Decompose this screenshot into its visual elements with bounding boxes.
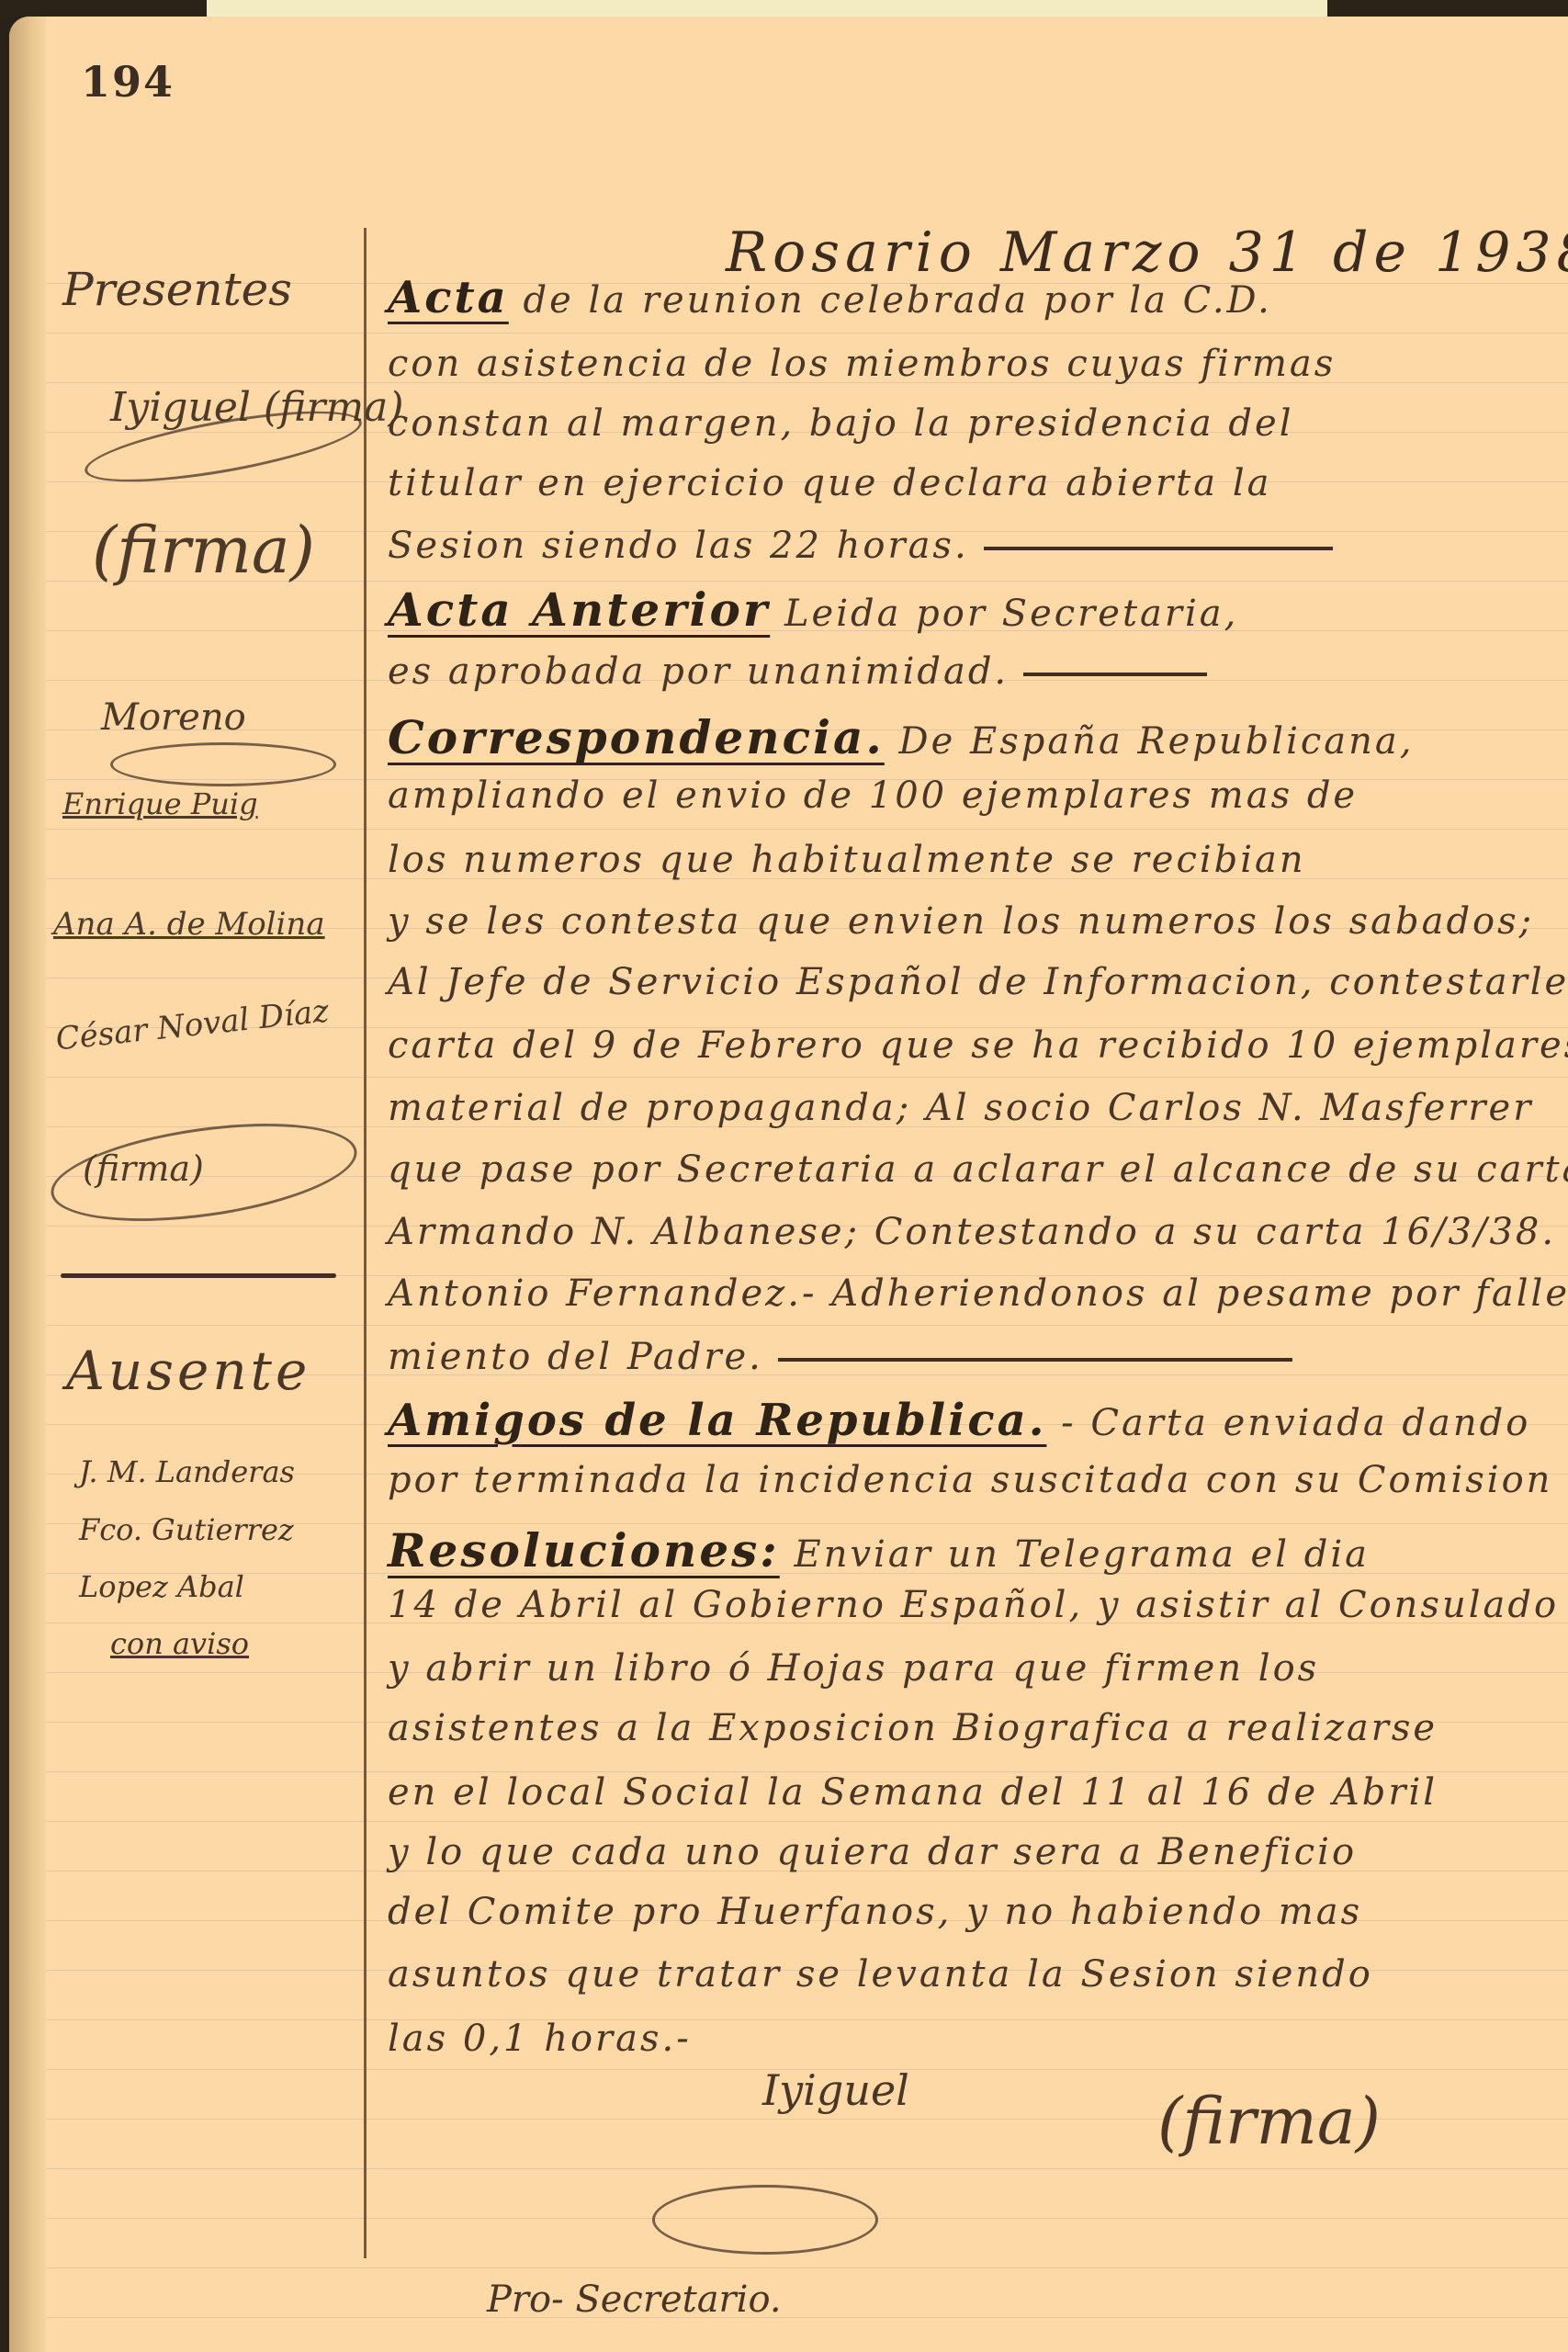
minutes-line: y lo que cada uno quiera dar sera a Bene…	[388, 1831, 1357, 1873]
line-text: Al Jefe de Servicio Español de Informaci…	[388, 961, 1568, 1003]
minutes-line: Acta de la reunion celebrada por la C.D.	[388, 272, 1272, 323]
minutes-line: material de propaganda; Al socio Carlos …	[388, 1087, 1533, 1129]
minutes-line: con asistencia de los miembros cuyas fir…	[388, 343, 1336, 385]
line-text: De España Republicana,	[899, 720, 1415, 763]
minutes-line: las 0,1 horas.-	[388, 2018, 692, 2060]
absent-heading: Ausente	[66, 1340, 310, 1402]
minutes-line: Amigos de la Republica. - Carta enviada …	[388, 1395, 1530, 1446]
minutes-line: Antonio Fernandez.- Adheriendonos al pes…	[388, 1272, 1568, 1315]
line-text: titular en ejercicio que declara abierta…	[388, 462, 1271, 504]
signature-flourish	[652, 2185, 878, 2255]
line-text: asistentes a la Exposicion Biografica a …	[388, 1707, 1438, 1749]
line-text: asuntos que tratar se levanta la Sesion …	[388, 1953, 1373, 1996]
absent-name-1: J. M. Landeras	[79, 1454, 295, 1489]
minutes-line: Sesion siendo las 22 horas.	[388, 525, 1333, 567]
minutes-line: Armando N. Albanese; Contestando a su ca…	[388, 1211, 1556, 1253]
signature-present-2: (firma)	[92, 513, 315, 588]
signature-present-4: Enrique Puig	[62, 786, 258, 821]
ruled-line	[46, 333, 1568, 334]
ruled-line	[46, 2019, 1568, 2020]
minutes-line: es aprobada por unanimidad.	[388, 650, 1207, 693]
line-text: que pase por Secretaria a aclarar el alc…	[388, 1148, 1568, 1191]
ruled-line	[46, 829, 1568, 830]
line-text: los numeros que habitualmente se recibia…	[388, 839, 1306, 881]
minutes-line: y abrir un libro ó Hojas para que firmen…	[388, 1647, 1319, 1690]
signature-present-5: Ana A. de Molina	[53, 906, 325, 943]
section-heading: Resoluciones:	[388, 1523, 780, 1577]
line-text: en el local Social la Semana del 11 al 1…	[388, 1771, 1438, 1814]
minutes-line: Al Jefe de Servicio Español de Informaci…	[388, 961, 1568, 1003]
fill-line	[984, 547, 1333, 550]
minutes-line: carta del 9 de Febrero que se ha recibid…	[388, 1024, 1568, 1067]
page-stack-edge	[9, 17, 46, 2352]
ruled-line	[46, 1821, 1568, 1822]
minutes-line: asistentes a la Exposicion Biografica a …	[388, 1707, 1438, 1749]
line-text: Leida por Secretaria,	[784, 593, 1238, 635]
minutes-line: constan al margen, bajo la presidencia d…	[388, 402, 1294, 445]
fill-line	[778, 1358, 1292, 1362]
minutes-line: titular en ejercicio que declara abierta…	[388, 462, 1271, 504]
minutes-line: ampliando el envio de 100 ejemplares mas…	[388, 775, 1358, 817]
line-text: Sesion siendo las 22 horas.	[388, 525, 969, 567]
minutes-line: por terminada la incidencia suscitada co…	[388, 1459, 1552, 1501]
line-text: Enviar un Telegrama el dia	[795, 1533, 1370, 1576]
minutes-line: Resoluciones: Enviar un Telegrama el dia	[388, 1523, 1370, 1577]
line-text: del Comite pro Huerfanos, y no habiendo …	[388, 1891, 1362, 1933]
fill-line	[1023, 673, 1207, 676]
line-text: y abrir un libro ó Hojas para que firmen…	[388, 1647, 1319, 1690]
margin-divider	[61, 1273, 336, 1278]
absent-name-3: Lopez Abal	[79, 1569, 244, 1604]
signature-second: (firma)	[1157, 2084, 1381, 2159]
line-text: 14 de Abril al Gobierno Español, y asist…	[388, 1584, 1559, 1626]
signature-present-6: César Noval Díaz	[54, 993, 331, 1058]
ruled-line	[46, 2267, 1568, 2268]
minutes-line: del Comite pro Huerfanos, y no habiendo …	[388, 1891, 1362, 1933]
absent-note: con aviso	[110, 1626, 249, 1661]
line-text: carta del 9 de Febrero que se ha recibid…	[388, 1024, 1568, 1067]
margin-rule	[364, 228, 367, 2258]
section-heading: Correspondencia.	[388, 710, 885, 764]
signature-flourish	[110, 742, 336, 786]
present-heading: Presentes	[62, 263, 292, 316]
minutes-line: asuntos que tratar se levanta la Sesion …	[388, 1953, 1373, 1996]
line-text: de la reunion celebrada por la C.D.	[523, 279, 1271, 322]
line-text: - Carta enviada dando	[1061, 1402, 1530, 1444]
signature-present-3: Moreno	[101, 696, 246, 739]
line-text: Antonio Fernandez.- Adheriendonos al pes…	[388, 1272, 1568, 1315]
minutes-line: que pase por Secretaria a aclarar el alc…	[388, 1148, 1568, 1191]
line-text: las 0,1 horas.-	[388, 2018, 692, 2060]
line-text: es aprobada por unanimidad.	[388, 650, 1009, 693]
line-text: y se les contesta que envien los numeros…	[388, 900, 1534, 943]
line-text: constan al margen, bajo la presidencia d…	[388, 402, 1294, 445]
page-number: 194	[81, 57, 175, 107]
line-text: Armando N. Albanese; Contestando a su ca…	[388, 1211, 1556, 1253]
section-heading: Acta Anterior	[388, 582, 770, 637]
minutes-line: y se les contesta que envien los numeros…	[388, 900, 1534, 943]
line-text: y lo que cada uno quiera dar sera a Bene…	[388, 1831, 1357, 1873]
ruled-line	[46, 2168, 1568, 2169]
minutes-line: Correspondencia. De España Republicana,	[388, 710, 1414, 764]
ledger-page: 194 Rosario Marzo 31 de 1938. Presentes …	[9, 17, 1568, 2352]
minutes-line: en el local Social la Semana del 11 al 1…	[388, 1771, 1438, 1814]
ruled-line	[46, 1077, 1568, 1078]
minutes-line: Acta Anterior Leida por Secretaria,	[388, 582, 1238, 637]
line-text: con asistencia de los miembros cuyas fir…	[388, 343, 1336, 385]
line-text: por terminada la incidencia suscitada co…	[388, 1459, 1552, 1501]
minutes-line: 14 de Abril al Gobierno Español, y asist…	[388, 1584, 1559, 1626]
minutes-line: los numeros que habitualmente se recibia…	[388, 839, 1306, 881]
section-heading: Amigos de la Republica.	[388, 1395, 1046, 1446]
ruled-line	[46, 2317, 1568, 2318]
minutes-line: miento del Padre.	[388, 1336, 1292, 1378]
line-text: miento del Padre.	[388, 1336, 763, 1378]
signature-president: Iyiguel	[762, 2065, 909, 2115]
secretary-label: Pro- Secretario.	[487, 2278, 782, 2321]
absent-name-2: Fco. Gutierrez	[79, 1512, 294, 1547]
section-heading: Acta	[388, 272, 509, 323]
line-text: ampliando el envio de 100 ejemplares mas…	[388, 775, 1358, 817]
ruled-line	[46, 1325, 1568, 1326]
line-text: material de propaganda; Al socio Carlos …	[388, 1087, 1533, 1129]
